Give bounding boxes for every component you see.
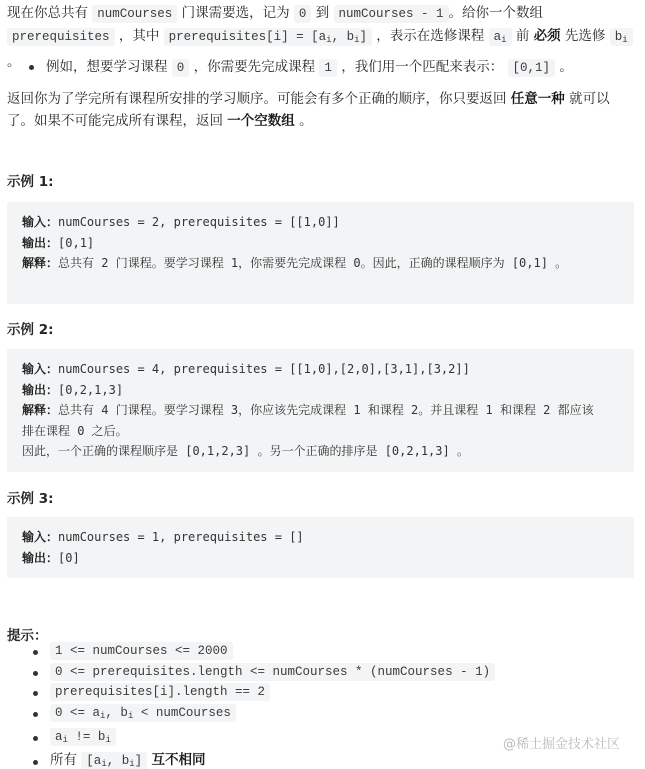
inline-code: numCourses - 1 — [334, 5, 449, 23]
code-part: != b — [68, 730, 106, 744]
inline-code: prerequisites[i].length == 2 — [50, 683, 270, 701]
inline-code: 0 — [294, 5, 312, 23]
code-part: , b — [105, 706, 128, 720]
text: 前 — [516, 28, 530, 44]
explain-label: 解释： — [22, 403, 58, 417]
example-explain-line-2: 因此，一个正确的课程顺序是 [0,1,2,3] 。另一个正确的排序是 [0,2,… — [22, 441, 619, 462]
example-2-block: 输入：numCourses = 4, prerequisites = [[1,0… — [7, 349, 634, 472]
output-value: [0,2,1,3] — [58, 383, 123, 397]
inline-code: prerequisites — [7, 28, 115, 46]
text: 。 — [299, 113, 313, 129]
constraint-item: 所有 [ai, bi] 互不相同 — [30, 751, 630, 769]
inline-code: [ai, bi] — [81, 752, 147, 769]
list-item: 例如，想要学习课程 0 ，你需要先完成课程 1 ，我们用一个匹配来表示： [0,… — [26, 56, 636, 79]
example-input-line: 输入：numCourses = 1, prerequisites = [] — [22, 527, 619, 548]
text: 。给你一个数组 — [449, 5, 544, 21]
text: 。 — [559, 59, 573, 75]
return-description: 返回你为了学完所有课程所安排的学习顺序。可能会有多个正确的顺序，你只要返回 任意… — [7, 88, 635, 132]
text: 。 — [7, 54, 21, 70]
inline-code: numCourses — [92, 5, 177, 23]
example-output-line: 输出：[0,1] — [22, 233, 619, 254]
inline-code: 0 <= prerequisites.length <= numCourses … — [50, 663, 495, 681]
code-part: , b — [332, 30, 355, 44]
example-3-block: 输入：numCourses = 1, prerequisites = [] 输出… — [7, 517, 634, 578]
bold-text: 必须 — [534, 28, 561, 44]
text: 到 — [316, 5, 330, 21]
input-value: numCourses = 4, prerequisites = [[1,0],[… — [58, 362, 470, 376]
input-value: numCourses = 2, prerequisites = [[1,0]] — [58, 215, 340, 229]
constraint-item: prerequisites[i].length == 2 — [30, 682, 630, 703]
code-part: ] — [135, 754, 143, 768]
subscript: i — [501, 35, 506, 45]
output-value: [0] — [58, 551, 80, 565]
example-3-heading: 示例 3: — [7, 487, 54, 507]
inline-code: prerequisites[i] = [ai, bi] — [164, 28, 372, 46]
output-label: 输出： — [22, 236, 58, 250]
inline-code: ai != bi — [50, 728, 116, 746]
example-1-heading: 示例 1: — [7, 170, 54, 190]
subscript: i — [105, 735, 110, 745]
code-part: ] — [359, 30, 367, 44]
code-part: < numCourses — [133, 706, 231, 720]
output-value: [0,1] — [58, 236, 94, 250]
text: ，你需要先完成课程 — [194, 59, 316, 75]
input-value: numCourses = 1, prerequisites = [] — [58, 530, 304, 544]
output-label: 输出： — [22, 551, 58, 565]
text: ，我们用一个匹配来表示： — [341, 59, 503, 75]
inline-code: bi — [610, 28, 633, 46]
inline-code: 0 — [172, 59, 190, 77]
bold-text: 一个空数组 — [227, 113, 295, 129]
example-explain-line: 解释：总共有 4 门课程。要学习课程 3，你应该先完成课程 1 和课程 2。并且… — [22, 400, 619, 441]
subscript: i — [622, 35, 627, 45]
inline-code: 0 <= ai, bi < numCourses — [50, 704, 236, 722]
output-label: 输出： — [22, 383, 58, 397]
inline-code: 1 — [319, 59, 337, 77]
text: 所有 — [50, 752, 77, 768]
text: 先选修 — [565, 28, 606, 44]
code-part: [a — [86, 754, 101, 768]
text: 门课需要选，记为 — [182, 5, 290, 21]
input-label: 输入： — [22, 530, 58, 544]
example-bullet-list: 例如，想要学习课程 0 ，你需要先完成课程 1 ，我们用一个匹配来表示： [0,… — [26, 56, 636, 79]
example-explain-line: 解释：总共有 2 门课程。要学习课程 1，你需要先完成课程 0。因此，正确的课程… — [22, 253, 619, 274]
bold-text: 互不相同 — [151, 752, 205, 768]
inline-code: ai — [489, 28, 512, 46]
text: 返回你为了学完所有课程所安排的学习顺序。可能会有多个正确的顺序，你只要返回 — [7, 91, 507, 107]
input-label: 输入： — [22, 215, 58, 229]
explain-value: 总共有 4 门课程。要学习课程 3，你应该先完成课程 1 和课程 2。并且课程 … — [22, 403, 594, 438]
example-input-line: 输入：numCourses = 4, prerequisites = [[1,0… — [22, 359, 619, 380]
code-part: , b — [107, 754, 130, 768]
input-label: 输入： — [22, 362, 58, 376]
example-input-line: 输入：numCourses = 2, prerequisites = [[1,0… — [22, 212, 619, 233]
text: 例如，想要学习课程 — [46, 59, 168, 75]
constraint-item: 0 <= ai, bi < numCourses — [30, 703, 630, 727]
text: ，表示在选修课程 — [376, 28, 484, 44]
explain-value: 总共有 2 门课程。要学习课程 1，你需要先完成课程 0。因此，正确的课程顺序为… — [58, 256, 567, 270]
text: ，其中 — [119, 28, 160, 44]
example-1-block: 输入：numCourses = 2, prerequisites = [[1,0… — [7, 202, 634, 304]
code-part: 0 <= a — [55, 706, 100, 720]
watermark: @稀土掘金技术社区 — [503, 733, 620, 752]
code-part: prerequisites[i] = [a — [169, 30, 327, 44]
example-output-line: 输出：[0] — [22, 548, 619, 569]
constraint-item: 0 <= prerequisites.length <= numCourses … — [30, 662, 630, 683]
inline-code: 1 <= numCourses <= 2000 — [50, 642, 233, 660]
example-output-line: 输出：[0,2,1,3] — [22, 380, 619, 401]
inline-code: [0,1] — [508, 59, 556, 77]
code-part: a — [55, 730, 63, 744]
code-part: a — [494, 30, 502, 44]
bold-text: 任意一种 — [511, 91, 565, 107]
constraint-item: 1 <= numCourses <= 2000 — [30, 641, 630, 662]
text: 现在你总共有 — [7, 5, 88, 21]
example-2-heading: 示例 2: — [7, 318, 54, 338]
explain-label: 解释： — [22, 256, 58, 270]
